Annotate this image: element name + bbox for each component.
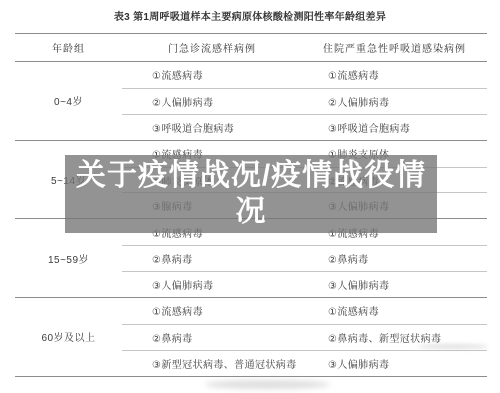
overlay-title-text: 关于疫情战况/疫情战役情况 — [65, 158, 437, 230]
pathogen-cell: ③人偏肺病毒 — [122, 271, 302, 297]
pathogen-cell: ②鼻病毒 — [302, 245, 487, 271]
pathogen-cell: ①流感病毒 — [302, 62, 487, 88]
header-cell-age-group: 年龄组 — [15, 40, 122, 55]
pathogen-cell: ③人偏肺病毒 — [302, 350, 487, 376]
pathogen-cell: ①流感病毒 — [122, 298, 302, 324]
watermark-smudge — [418, 344, 488, 349]
pathogen-cell: ③呼吸道合胞病毒 — [302, 114, 487, 140]
pathogen-cell: ③新型冠状病毒、普通冠状病毒 — [122, 350, 302, 376]
age-block-0-4: 0~4岁 ①流感病毒 ①流感病毒 ②人偏肺病毒 ②人偏肺病毒 ③呼吸道合胞病毒 … — [15, 62, 487, 141]
age-block-60-plus: 60岁及以上 ①流感病毒 ①流感病毒 ②鼻病毒 ②鼻病毒、新型冠状病毒 ③新型冠… — [15, 298, 487, 377]
pathogen-cell: ①流感病毒 — [122, 62, 302, 88]
pathogen-cell: ②鼻病毒 — [122, 245, 302, 271]
watermark-smudge — [205, 380, 330, 389]
table-header-row: 年龄组 门急诊流感样病例 住院严重急性呼吸道感染病例 — [15, 34, 487, 62]
pathogen-cell: ②人偏肺病毒 — [302, 88, 487, 114]
page-root: 表3 第1周呼吸道样本主要病原体核酸检测阳性率年龄组差异 年龄组 门急诊流感样病… — [0, 0, 500, 393]
pathogen-cell: ②鼻病毒 — [122, 324, 302, 350]
header-cell-sari: 住院严重急性呼吸道感染病例 — [302, 40, 487, 55]
pathogen-cell: ①流感病毒 — [302, 298, 487, 324]
overlay-banner: 关于疫情战况/疫情战役情况 — [65, 155, 437, 233]
age-group-label: 0~4岁 — [15, 62, 122, 140]
header-cell-ili: 门急诊流感样病例 — [122, 40, 302, 55]
table-title: 表3 第1周呼吸道样本主要病原体核酸检测阳性率年龄组差异 — [0, 8, 500, 23]
pathogen-cell: ③人偏肺病毒 — [302, 271, 487, 297]
pathogen-cell: ③呼吸道合胞病毒 — [122, 114, 302, 140]
age-group-label: 60岁及以上 — [15, 298, 122, 376]
pathogen-cell: ②人偏肺病毒 — [122, 88, 302, 114]
